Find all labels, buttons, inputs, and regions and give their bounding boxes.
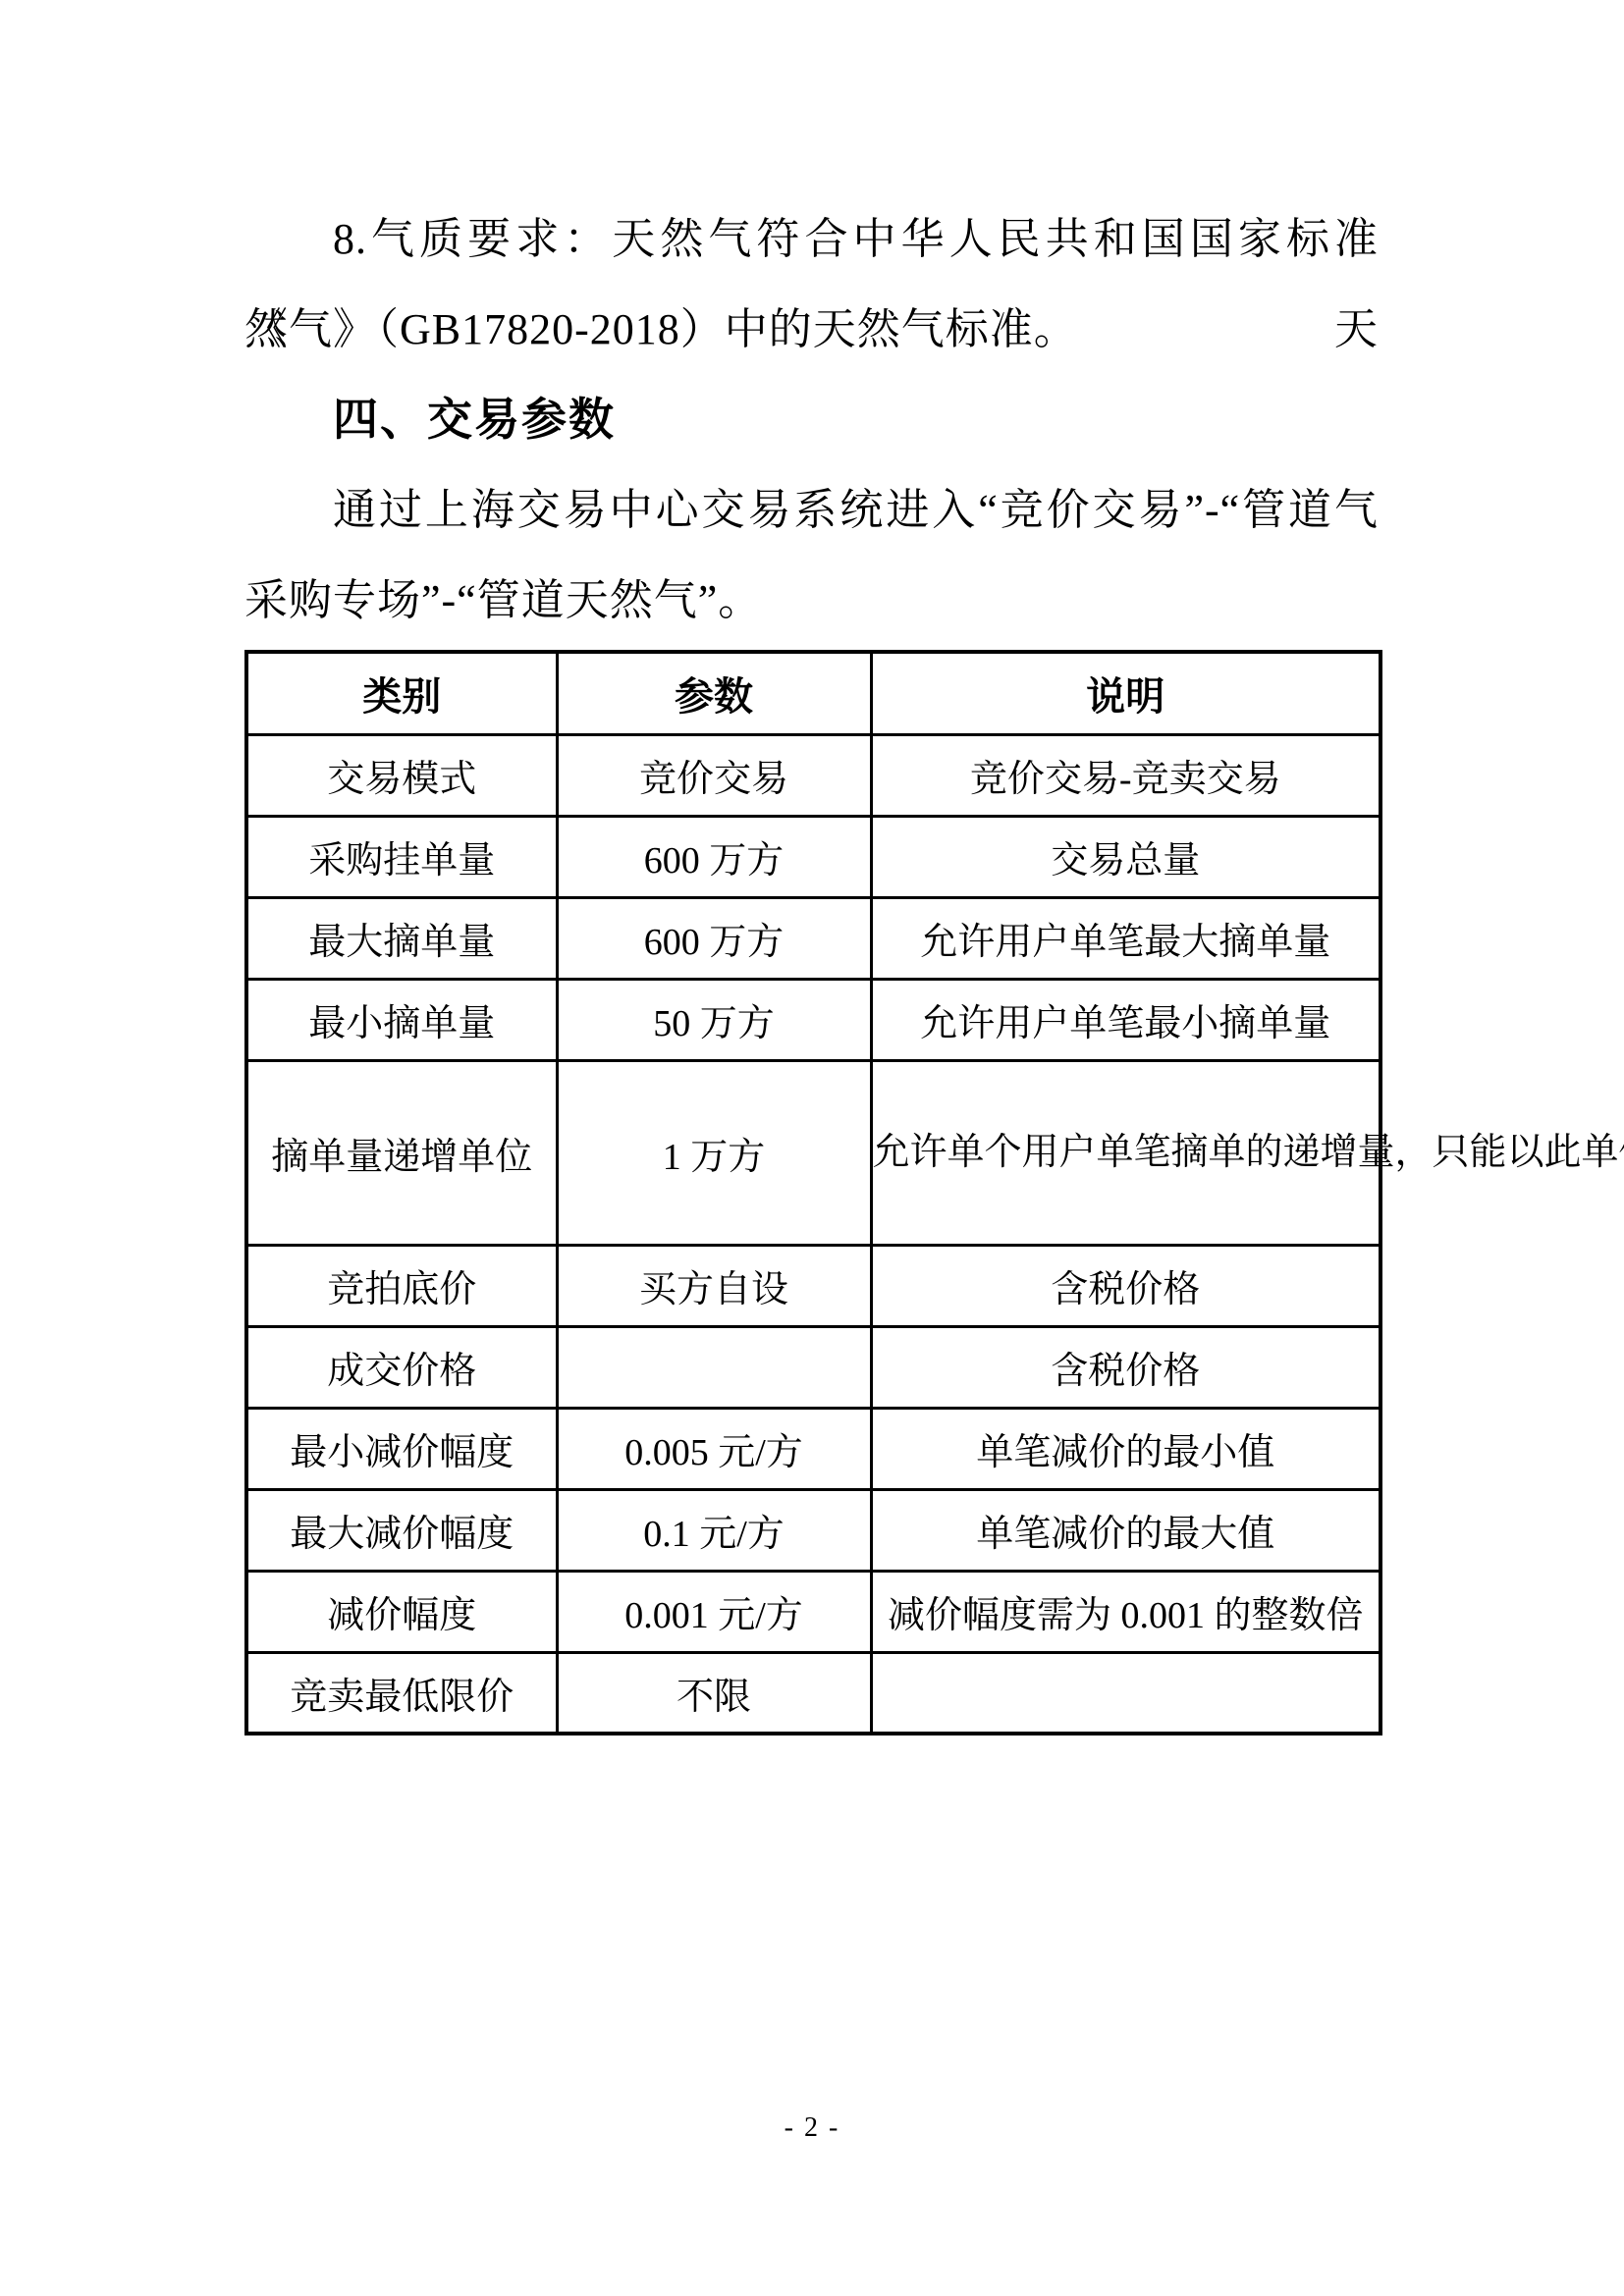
table-row: 成交价格 含税价格	[246, 1326, 1380, 1408]
cell-category: 采购挂单量	[246, 816, 557, 897]
cell-description: 竞价交易-竞卖交易	[871, 734, 1380, 816]
table-row: 摘单量递增单位 1 万方 允许单个用户单笔摘单的递增量，只能以此单位的整数倍递增…	[246, 1060, 1380, 1245]
cell-category: 最大减价幅度	[246, 1489, 557, 1571]
table-row: 交易模式 竞价交易 竞价交易-竞卖交易	[246, 734, 1380, 816]
cell-parameter: 0.005 元/方	[557, 1408, 871, 1489]
cell-parameter: 不限	[557, 1652, 871, 1734]
cell-parameter: 600 万方	[557, 816, 871, 897]
cell-parameter	[557, 1326, 871, 1408]
cell-category: 最小减价幅度	[246, 1408, 557, 1489]
cell-category: 减价幅度	[246, 1571, 557, 1652]
cell-description: 减价幅度需为 0.001 的整数倍	[871, 1571, 1380, 1652]
cell-parameter: 50 万方	[557, 979, 871, 1060]
cell-parameter: 0.001 元/方	[557, 1571, 871, 1652]
col-header-parameter: 参数	[557, 652, 871, 734]
cell-category: 交易模式	[246, 734, 557, 816]
page-content: 8.气质要求：天然气符合中华人民共和国国家标准《天 然气》（GB17820-20…	[244, 194, 1379, 1735]
cell-description: 单笔减价的最小值	[871, 1408, 1380, 1489]
cell-description	[871, 1652, 1380, 1734]
page-number: - 2 -	[0, 2112, 1624, 2144]
paragraph2-line2: 采购专场”-“管道天然气”。	[244, 556, 1379, 646]
document-page: 8.气质要求：天然气符合中华人民共和国国家标准《天 然气》（GB17820-20…	[0, 0, 1624, 2296]
col-header-category: 类别	[246, 652, 557, 734]
table-row: 最大摘单量 600 万方 允许用户单笔最大摘单量	[246, 897, 1380, 979]
table-row: 最大减价幅度 0.1 元/方 单笔减价的最大值	[246, 1489, 1380, 1571]
cell-category: 最大摘单量	[246, 897, 557, 979]
table-header-row: 类别 参数 说明	[246, 652, 1380, 734]
cell-description: 交易总量	[871, 816, 1380, 897]
table-row: 采购挂单量 600 万方 交易总量	[246, 816, 1380, 897]
cell-category: 成交价格	[246, 1326, 557, 1408]
cell-parameter: 1 万方	[557, 1060, 871, 1245]
cell-parameter: 竞价交易	[557, 734, 871, 816]
cell-description: 允许单个用户单笔摘单的递增量，只能以此单位的整数倍递增摘单	[871, 1060, 1380, 1245]
cell-parameter: 0.1 元/方	[557, 1489, 871, 1571]
cell-category: 摘单量递增单位	[246, 1060, 557, 1245]
cell-category: 竞拍底价	[246, 1245, 557, 1326]
table-row: 竞拍底价 买方自设 含税价格	[246, 1245, 1380, 1326]
cell-description: 单笔减价的最大值	[871, 1489, 1380, 1571]
trading-parameters-table: 类别 参数 说明 交易模式 竞价交易 竞价交易-竞卖交易 采购挂单量 600 万…	[244, 650, 1382, 1735]
cell-parameter: 600 万方	[557, 897, 871, 979]
cell-parameter: 买方自设	[557, 1245, 871, 1326]
table-row: 最小摘单量 50 万方 允许用户单笔最小摘单量	[246, 979, 1380, 1060]
cell-description: 含税价格	[871, 1245, 1380, 1326]
cell-category: 最小摘单量	[246, 979, 557, 1060]
paragraph1-line1: 8.气质要求：天然气符合中华人民共和国国家标准《天	[244, 194, 1379, 285]
section-heading: 四、交易参数	[244, 375, 1379, 465]
paragraph2-line1: 通过上海交易中心交易系统进入“竞价交易”-“管道气	[244, 465, 1379, 556]
cell-description: 允许用户单笔最大摘单量	[871, 897, 1380, 979]
cell-description: 含税价格	[871, 1326, 1380, 1408]
table-row: 竞卖最低限价 不限	[246, 1652, 1380, 1734]
cell-description: 允许用户单笔最小摘单量	[871, 979, 1380, 1060]
table-row: 减价幅度 0.001 元/方 减价幅度需为 0.001 的整数倍	[246, 1571, 1380, 1652]
cell-category: 竞卖最低限价	[246, 1652, 557, 1734]
table-row: 最小减价幅度 0.005 元/方 单笔减价的最小值	[246, 1408, 1380, 1489]
col-header-description: 说明	[871, 652, 1380, 734]
